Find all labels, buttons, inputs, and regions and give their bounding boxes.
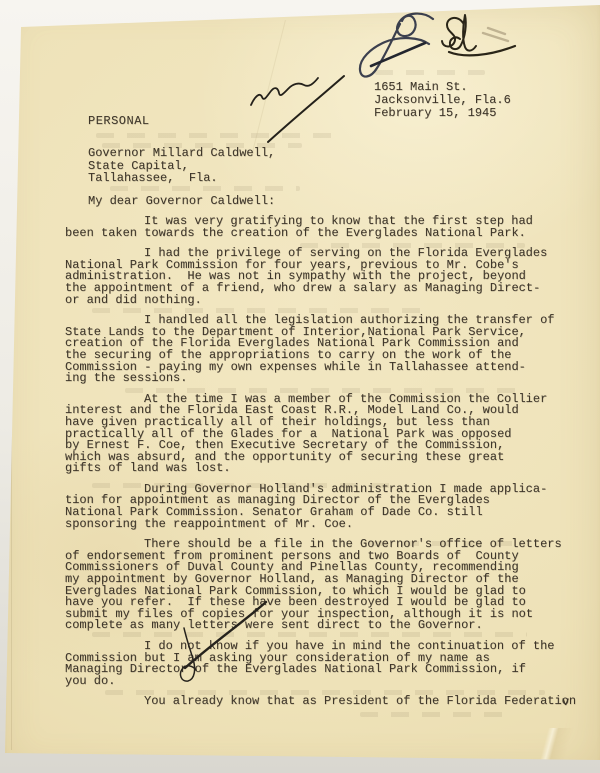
scan-background: 1651 Main St.Jacksonville, Fla.6February… (0, 0, 600, 773)
paragraph: There should be a file in the Governor's… (65, 539, 543, 632)
text-line: gifts of land was lost. (65, 463, 543, 475)
ghost-smudge (360, 712, 510, 717)
paragraph: You already know that as President of th… (65, 696, 543, 708)
paper-crease (11, 30, 12, 750)
letter-body: It was very gratifying to know that the … (65, 216, 543, 708)
ghost-smudge (96, 133, 341, 138)
text-line: been taken towards the creation of the E… (65, 228, 543, 240)
text-line: You already know that as President of th… (65, 696, 543, 708)
text-line: Tallahassee, Fla. (88, 172, 275, 185)
paragraph: I had the privilege of serving on the Fl… (65, 248, 543, 306)
text-line: February 15, 1945 (374, 107, 511, 120)
ghost-smudge (110, 186, 300, 191)
text-line: sponsoring the reappointment of Mr. Coe. (65, 519, 543, 531)
dash-stroke-ink (371, 43, 425, 66)
text-line: Managing Director of the Everglades Nati… (65, 664, 543, 676)
paper-fold (505, 728, 600, 760)
salutation: My dear Governor Caldwell: (88, 194, 275, 208)
paragraph: I do not know if you have in mind the co… (65, 641, 543, 687)
continuation-mark: v (562, 695, 569, 709)
ghost-smudge (375, 70, 485, 75)
ed-underline-ink (449, 46, 515, 55)
text-line: or and did nothing. (65, 295, 543, 307)
job-scribble-ink (360, 14, 433, 77)
paragraph: At the time I was a member of the Commis… (65, 394, 543, 475)
pencil-tick (483, 28, 508, 41)
paragraph: I handled all the legislation authorizin… (65, 315, 543, 385)
check-squiggle-ink (251, 78, 318, 105)
text-line: complete as many letters were sent direc… (65, 620, 543, 632)
text-line: ing the sessions. (65, 373, 543, 385)
ed-initials-ink (442, 15, 476, 51)
recipient-address-block: Governor Millard Caldwell,State Capital,… (88, 147, 275, 185)
paragraph: It was very gratifying to know that the … (65, 216, 543, 239)
text-line: Governor Millard Caldwell, (88, 147, 275, 160)
letter-page: 1651 Main St.Jacksonville, Fla.6February… (0, 0, 600, 773)
personal-label: PERSONAL (88, 114, 150, 128)
text-line: you do. (65, 676, 543, 688)
sender-address-block: 1651 Main St.Jacksonville, Fla.6February… (374, 81, 511, 120)
paragraph: During Governor Holland's administration… (65, 484, 543, 530)
